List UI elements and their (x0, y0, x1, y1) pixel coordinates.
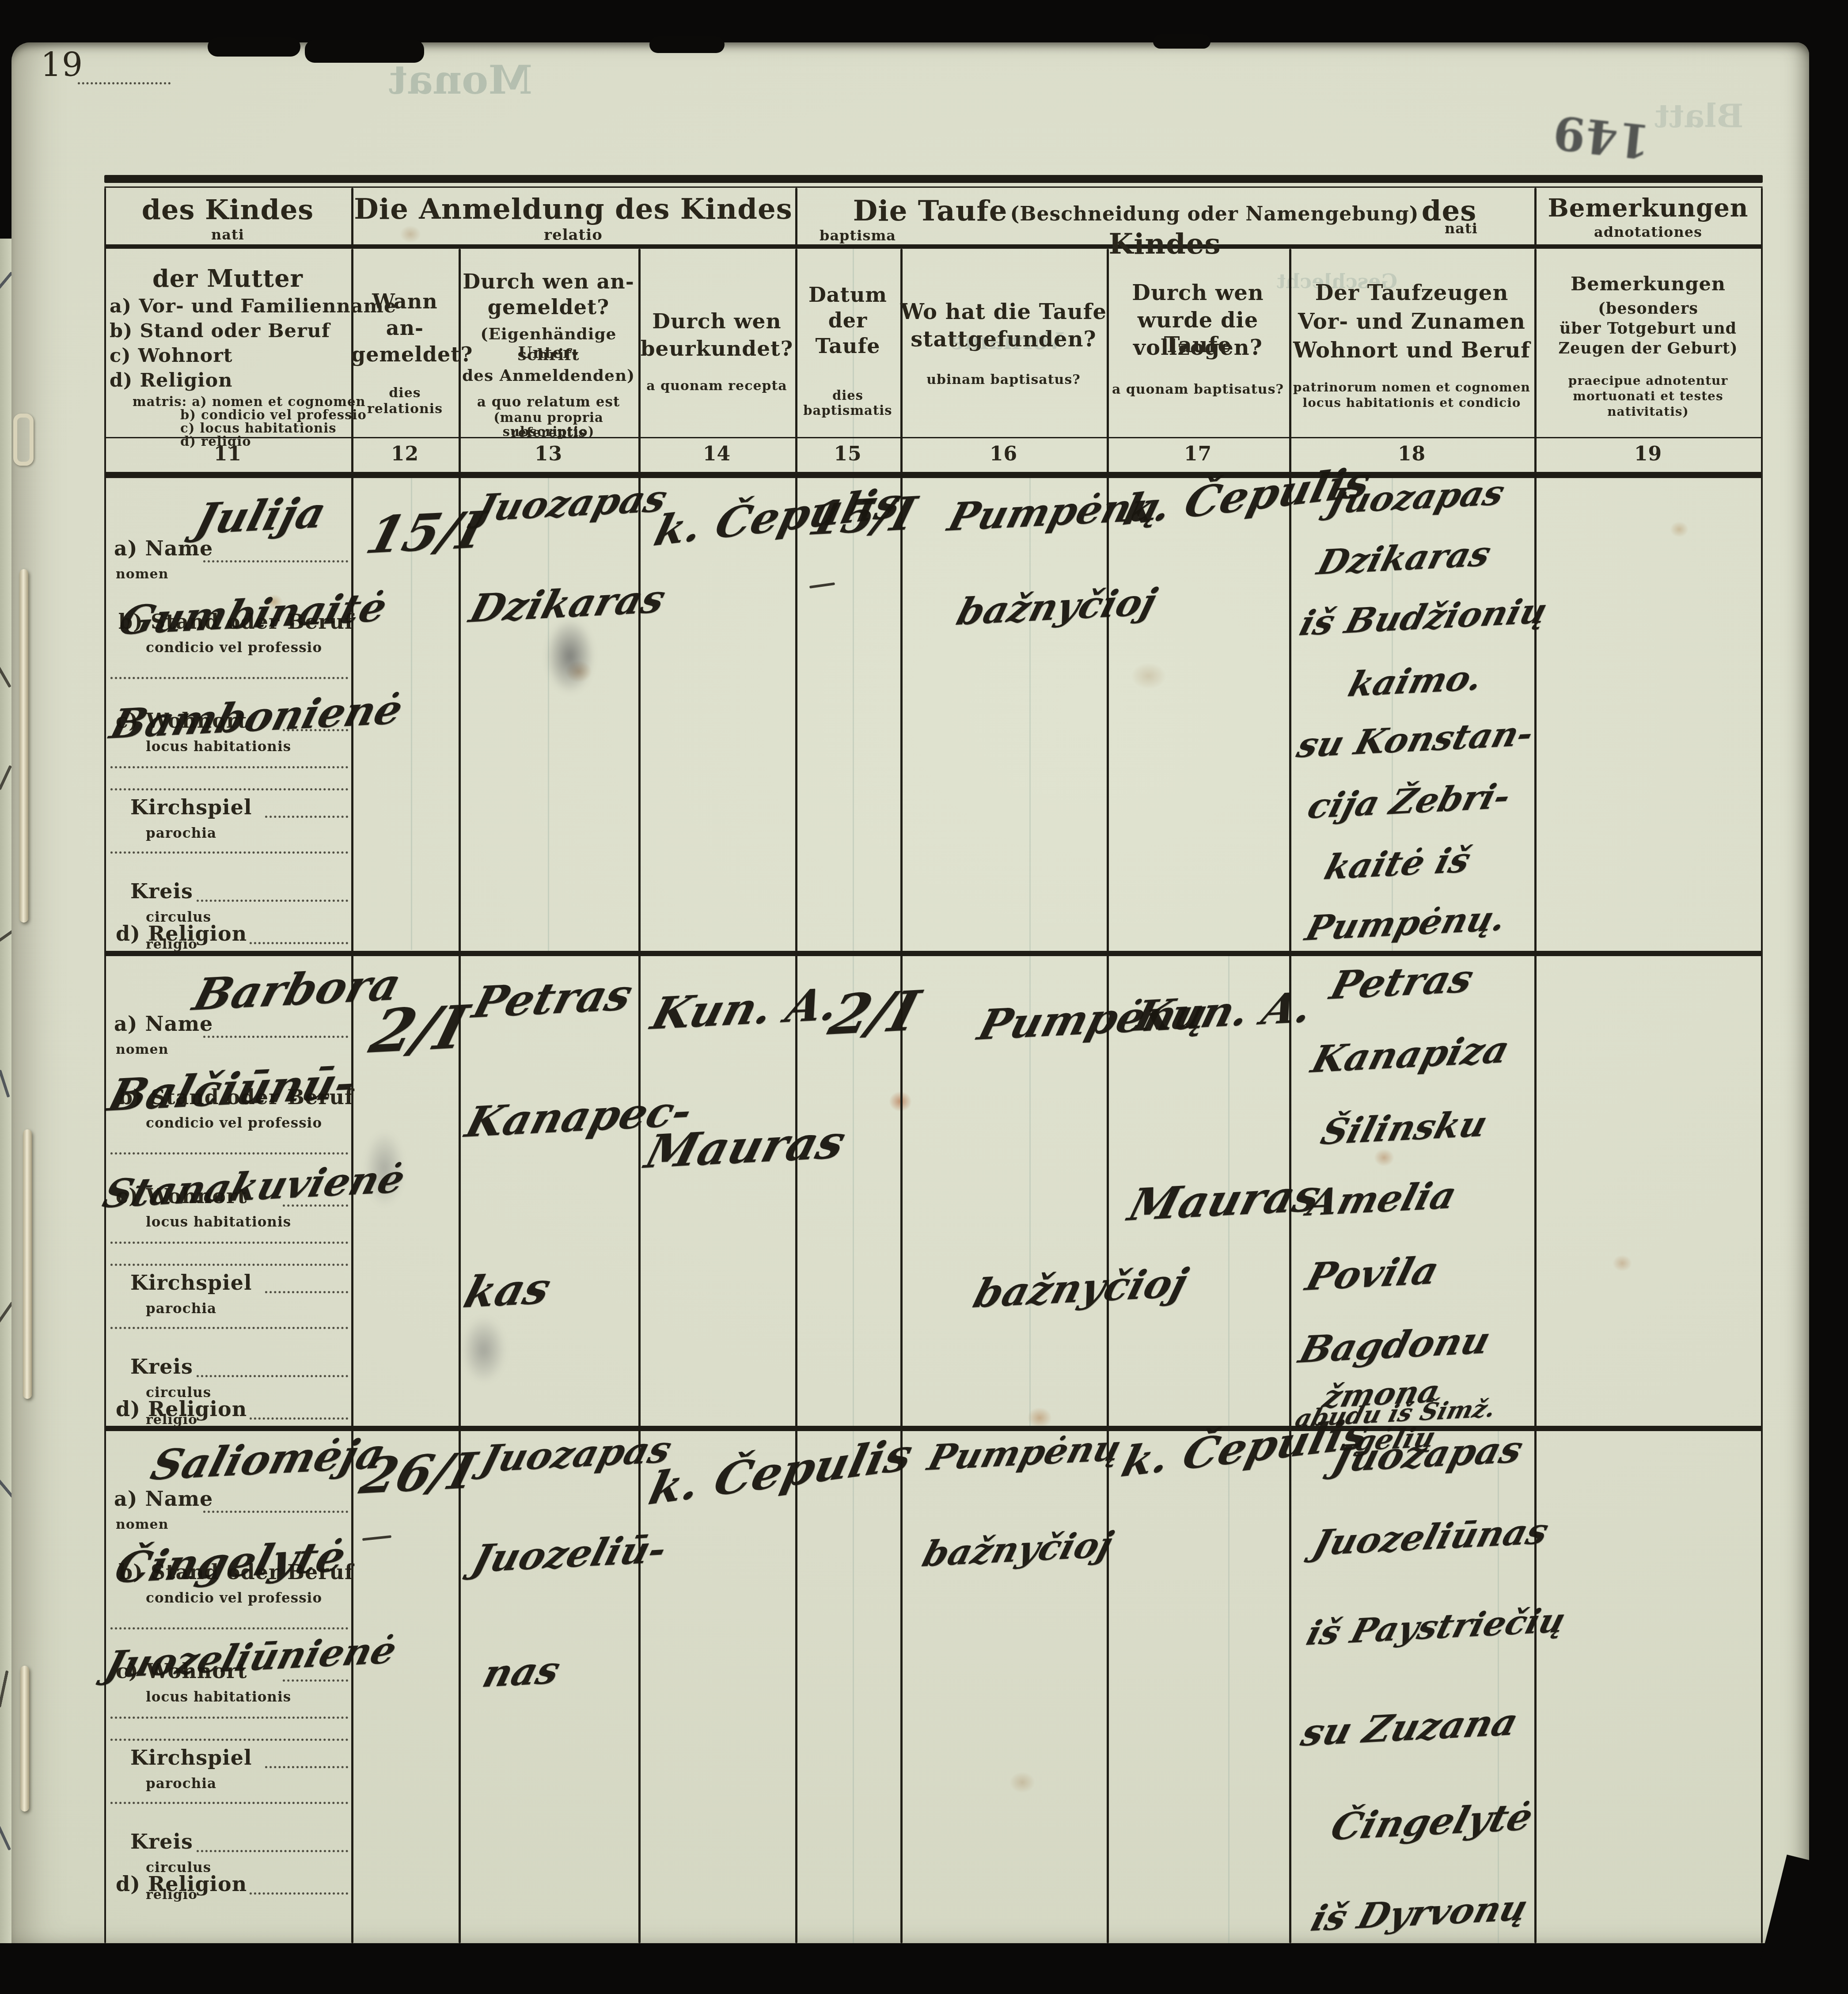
page-number: 19 (41, 46, 83, 84)
col16-line: stattgefunden? (900, 327, 1107, 352)
binding-thread (23, 1129, 32, 1399)
col12-latin: relationis (351, 401, 459, 417)
entry2-certified-by: Kun. A. (646, 978, 845, 1040)
col-number-17: 17 (1107, 443, 1289, 465)
label-parochia: parochia (146, 1776, 216, 1792)
margin-ink-fragment (0, 926, 11, 951)
header-taufe-latin-right: nati (1445, 220, 1478, 237)
foxing-spot (1009, 1772, 1035, 1793)
binding-wire-loop (13, 414, 34, 466)
bleedthrough-monat: Monat (389, 57, 532, 103)
dotted-rule (250, 1417, 348, 1420)
label-nomen: nomen (116, 1042, 168, 1057)
col12-line: Wann (351, 289, 459, 313)
entry2-baptized-by: Mauras (1123, 1169, 1327, 1231)
col11-latin: b) condicio vel professio (180, 407, 367, 422)
foxing-spot (1613, 1255, 1632, 1272)
label-parochia: parochia (146, 825, 216, 841)
entry3-reported-by: nas (478, 1648, 565, 1696)
label-religio: religio (146, 937, 197, 952)
col19-line: Zeugen der Geburt) (1534, 339, 1762, 357)
label-religio: religio (146, 1412, 197, 1428)
label-locus: locus habitationis (146, 1214, 291, 1230)
dotted-rule (203, 1036, 348, 1038)
margin-ink-fragment (0, 1301, 11, 1332)
col-number-18: 18 (1289, 443, 1534, 465)
col12-line: an- (351, 316, 459, 340)
dotted-rule (110, 1264, 348, 1266)
col14-line: Durch wen (638, 309, 795, 334)
col19-latin: mortuonati et testes (1534, 389, 1762, 403)
dotted-rule (110, 1627, 348, 1629)
col17-latin: a quonam baptisatus? (1107, 382, 1289, 397)
col16-line: Wo hat die Taufe (900, 300, 1107, 324)
entry1-godparents: kaimo. (1344, 658, 1487, 705)
foxing-spot (1670, 521, 1689, 537)
entry2-godparents: Amelia (1303, 1173, 1461, 1224)
header-group-kind-latin: nati (104, 226, 351, 243)
label-condicio: condicio vel professio (146, 1590, 322, 1606)
entry2-reported-by: Petras (467, 969, 638, 1028)
header-taufe-latin-left: baptisma (820, 227, 896, 244)
col19-line: über Totgeburt und (1534, 319, 1762, 338)
entry1-baptism-date: 15/I (803, 486, 922, 546)
label-kreis: Kreis (130, 1355, 193, 1379)
col18-line: Der Taufzeugen (1289, 281, 1534, 305)
dotted-rule (110, 1327, 348, 1329)
label-nomen: nomen (116, 1517, 168, 1532)
margin-ink-fragment (0, 1477, 11, 1498)
label-nomen: nomen (116, 566, 168, 582)
margin-ink-fragment (0, 1825, 11, 1850)
foxing-spot (1131, 663, 1166, 689)
col19-line: Bemerkungen (1534, 273, 1762, 295)
dotted-rule (265, 1766, 348, 1768)
col13-line: schrift (459, 346, 638, 364)
table-top-rule (104, 175, 1763, 183)
col12-line: gemeldet? (351, 342, 459, 366)
col18-line: Vor- und Zunamen (1289, 309, 1534, 334)
entry1-godparents: kaitė iš (1320, 840, 1475, 888)
label-locus: locus habitationis (146, 1689, 291, 1705)
col18-line: Wohnort und Beruf (1289, 338, 1534, 363)
dotted-rule (110, 1152, 348, 1155)
margin-ink-fragment (0, 660, 11, 688)
entry2-certified-by: Mauras (640, 1114, 851, 1179)
label-kreis: Kreis (130, 1830, 193, 1853)
col11-latin: c) locus habitationis (180, 421, 337, 436)
label-a-name: a) Name (114, 1487, 213, 1511)
col13-line: Durch wen an- (459, 270, 638, 293)
dotted-rule (110, 851, 348, 854)
col13-latin: subscriptio) (459, 424, 638, 439)
col17-line: Durch wen (1107, 281, 1289, 305)
header-group-taufe: Die Taufe (Beschneidung oder Namengebung… (795, 194, 1534, 261)
label-kreis: Kreis (130, 879, 193, 903)
margin-ink-fragment (0, 765, 11, 790)
dotted-rule (265, 1291, 348, 1293)
scanned-register-page: 19 Monat Blatt 149 Vorname Geschlecht de… (0, 0, 1848, 1943)
dotted-rule (110, 1242, 348, 1244)
col-number-19: 19 (1534, 443, 1762, 465)
torn-edge-fragment (208, 37, 300, 57)
entry2-godparents: Petras (1325, 955, 1479, 1008)
table-rule (104, 186, 1763, 188)
col15-latin: dies baptismatis (792, 388, 904, 418)
bleedthrough-blatt: Blatt (1654, 97, 1743, 135)
label-parochia: parochia (146, 1301, 216, 1317)
col15-line: der (795, 308, 900, 332)
binding-thread (20, 1666, 29, 1812)
foxing-spot (1027, 1407, 1052, 1428)
entry3-report-date: 26/I (354, 1442, 482, 1505)
col15-line: Datum (795, 283, 900, 307)
entry2-baptized-by: Kun. A. (1129, 983, 1318, 1041)
entry1-report-date: 15/I (360, 500, 491, 566)
col13-line: des Anmeldenden) (459, 366, 638, 385)
col11-latin: matris: a) nomen et cognomen (133, 394, 366, 409)
label-kirchspiel: Kirchspiel (130, 1271, 252, 1295)
ink-blot (546, 619, 594, 694)
col-number-16: 16 (900, 443, 1107, 465)
bleed-rule (548, 477, 549, 952)
col-number-14: 14 (638, 443, 795, 465)
ink-smudge (462, 1317, 506, 1383)
dotted-rule (110, 1739, 348, 1741)
margin-ink-fragment (0, 1070, 10, 1098)
col-number-11: 11 (104, 443, 351, 465)
foxing-spot (1374, 1149, 1394, 1166)
column-divider (1534, 249, 1537, 1943)
binding-thread (19, 569, 28, 923)
entry2-godparents: Povila (1301, 1248, 1444, 1299)
col-number-15: 15 (795, 443, 900, 465)
col-number-12: 12 (351, 443, 459, 465)
margin-ink-fragment (0, 271, 11, 292)
dotted-rule (197, 1375, 348, 1377)
col12-latin: dies (351, 385, 459, 401)
entry1-mother-name: Julija (190, 487, 331, 544)
col13-line: gemeldet? (459, 295, 638, 319)
sheet-number-stamp: 149 (1550, 105, 1653, 169)
page-number-dots (78, 82, 171, 84)
dotted-rule (110, 766, 348, 768)
dotted-rule (110, 788, 348, 790)
col11-item: d) Religion (110, 369, 233, 391)
dotted-rule (110, 1717, 348, 1719)
dotted-rule (110, 1802, 348, 1804)
col15-line: Taufe (795, 334, 900, 358)
col13-latin: a quo relatum est (459, 394, 638, 410)
label-religio: religio (146, 1887, 197, 1903)
torn-edge-fragment (649, 36, 725, 53)
header-group-anmeldung: Die Anmeldung des Kindes (351, 193, 795, 226)
col14-line: beurkundet? (638, 337, 795, 361)
col11-item: b) Stand oder Beruf (110, 320, 330, 342)
adjacent-page-edge (0, 239, 11, 1943)
torn-edge-fragment (1153, 34, 1210, 49)
col17-line: vollzogen? (1107, 335, 1289, 360)
label-kirchspiel: Kirchspiel (130, 795, 252, 819)
dotted-rule (203, 1511, 348, 1513)
col11-title: der Mutter (104, 264, 351, 292)
col16-latin: ubinam baptisatus? (900, 372, 1107, 387)
col19-latin: praecipue adnotentur (1534, 373, 1762, 388)
col18-latin: patrinorum nomen et cognomen (1289, 380, 1534, 395)
header-taufe-paren: (Beschneidung oder Namengebung) (1010, 203, 1419, 225)
dotted-rule (203, 560, 348, 562)
header-group-bemerkungen: Bemerkungen (1534, 194, 1762, 223)
dotted-rule (250, 1892, 348, 1895)
header-group-anmeldung-latin: relatio (351, 226, 795, 244)
col19-latin: nativitatis) (1534, 404, 1762, 419)
label-condicio: condicio vel professio (146, 640, 322, 656)
dotted-rule (250, 942, 348, 944)
entry2-reported-by: kas (459, 1263, 556, 1318)
col11-item: c) Wohnort (110, 345, 233, 367)
col18-latin: locus habitationis et condicio (1289, 395, 1534, 410)
col-number-13: 13 (459, 443, 638, 465)
header-group-kind: des Kindes (104, 194, 351, 226)
dotted-rule (265, 816, 348, 818)
dotted-rule (110, 677, 348, 679)
dotted-rule (197, 900, 348, 902)
dotted-rule (283, 1679, 348, 1682)
label-kirchspiel: Kirchspiel (130, 1746, 252, 1770)
col19-line: (besonders (1534, 300, 1762, 318)
margin-ink-fragment (0, 1670, 9, 1708)
header-taufe-start: Die Taufe (853, 194, 1008, 228)
dotted-rule (197, 1850, 348, 1852)
header-group-bemerkungen-latin: adnotationes (1534, 224, 1762, 240)
col14-latin: a quonam recepta (638, 378, 795, 394)
bleed-rule (1498, 1429, 1499, 1943)
